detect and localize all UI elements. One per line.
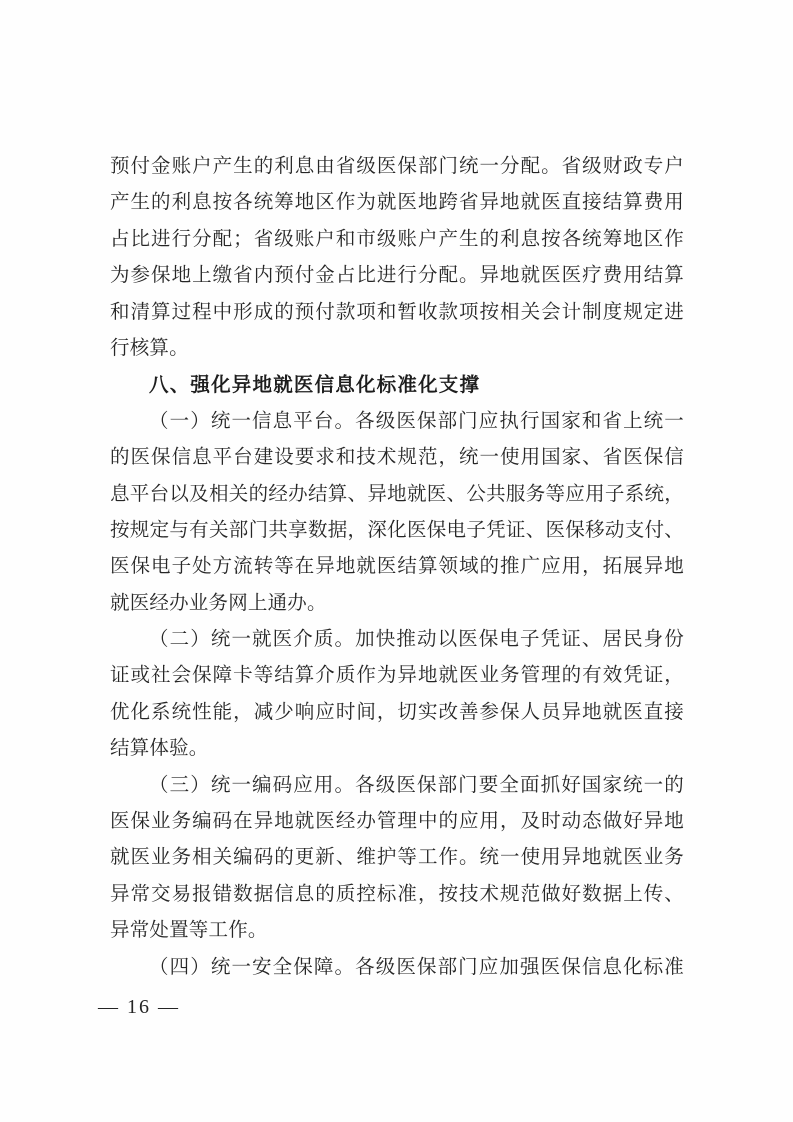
text-line: 按规定与有关部门共享数据，深化医保电子凭证、医保移动支付、: [110, 513, 684, 549]
section-8-heading: 八、强化异地就医信息化标准化支撑: [110, 367, 684, 403]
text-line: 为参保地上缴省内预付金占比进行分配。异地就医医疗费用结算: [110, 258, 684, 294]
para-4-unified-security-guarantee: （四）统一安全保障。各级医保部门应加强医保信息化标准: [110, 950, 684, 986]
text-line: （二）统一就医介质。加快推动以医保电子凭证、居民身份: [110, 622, 684, 658]
text-line: 占比进行分配；省级账户和市级账户产生的利息按各统筹地区作: [110, 222, 684, 258]
text-line: 行核算。: [110, 331, 684, 367]
text-line: 异常交易报错数据信息的质控标准，按技术规范做好数据上传、: [110, 877, 684, 913]
text-line: 产生的利息按各统筹地区作为就医地跨省异地就医直接结算费用: [110, 185, 684, 221]
document-page: 预付金账户产生的利息由省级医保部门统一分配。省级财政专户产生的利息按各统筹地区作…: [0, 0, 793, 1122]
text-line: 医保业务编码在异地就医经办管理中的应用，及时动态做好异地: [110, 804, 684, 840]
text-line: 证或社会保障卡等结算介质作为异地就医业务管理的有效凭证，: [110, 658, 684, 694]
text-line: 医保电子处方流转等在异地就医结算领域的推广应用，拓展异地: [110, 549, 684, 585]
text-line: 预付金账户产生的利息由省级医保部门统一分配。省级财政专户: [110, 149, 684, 185]
text-line: 息平台以及相关的经办结算、异地就医、公共服务等应用子系统，: [110, 477, 684, 513]
text-line: 就医经办业务网上通办。: [110, 586, 684, 622]
page-number: — 16 —: [98, 996, 180, 1019]
document-body: 预付金账户产生的利息由省级医保部门统一分配。省级财政专户产生的利息按各统筹地区作…: [110, 149, 684, 986]
para-prepaid-interest-allocation: 预付金账户产生的利息由省级医保部门统一分配。省级财政专户产生的利息按各统筹地区作…: [110, 149, 684, 367]
text-line: 异常处置等工作。: [110, 913, 684, 949]
para-1-unified-information-platform: （一）统一信息平台。各级医保部门应执行国家和省上统一的医保信息平台建设要求和技术…: [110, 404, 684, 622]
text-line: （一）统一信息平台。各级医保部门应执行国家和省上统一: [110, 404, 684, 440]
text-line: （四）统一安全保障。各级医保部门应加强医保信息化标准: [110, 950, 684, 986]
para-2-unified-medical-media: （二）统一就医介质。加快推动以医保电子凭证、居民身份证或社会保障卡等结算介质作为…: [110, 622, 684, 768]
text-line: 和清算过程中形成的预付款项和暂收款项按相关会计制度规定进: [110, 295, 684, 331]
text-line: 就医业务相关编码的更新、维护等工作。统一使用异地就医业务: [110, 840, 684, 876]
text-line: 的医保信息平台建设要求和技术规范，统一使用国家、省医保信: [110, 440, 684, 476]
text-line: （三）统一编码应用。各级医保部门要全面抓好国家统一的: [110, 768, 684, 804]
text-line: 结算体验。: [110, 731, 684, 767]
text-line: 优化系统性能，减少响应时间，切实改善参保人员异地就医直接: [110, 695, 684, 731]
para-3-unified-coding-application: （三）统一编码应用。各级医保部门要全面抓好国家统一的医保业务编码在异地就医经办管…: [110, 768, 684, 950]
